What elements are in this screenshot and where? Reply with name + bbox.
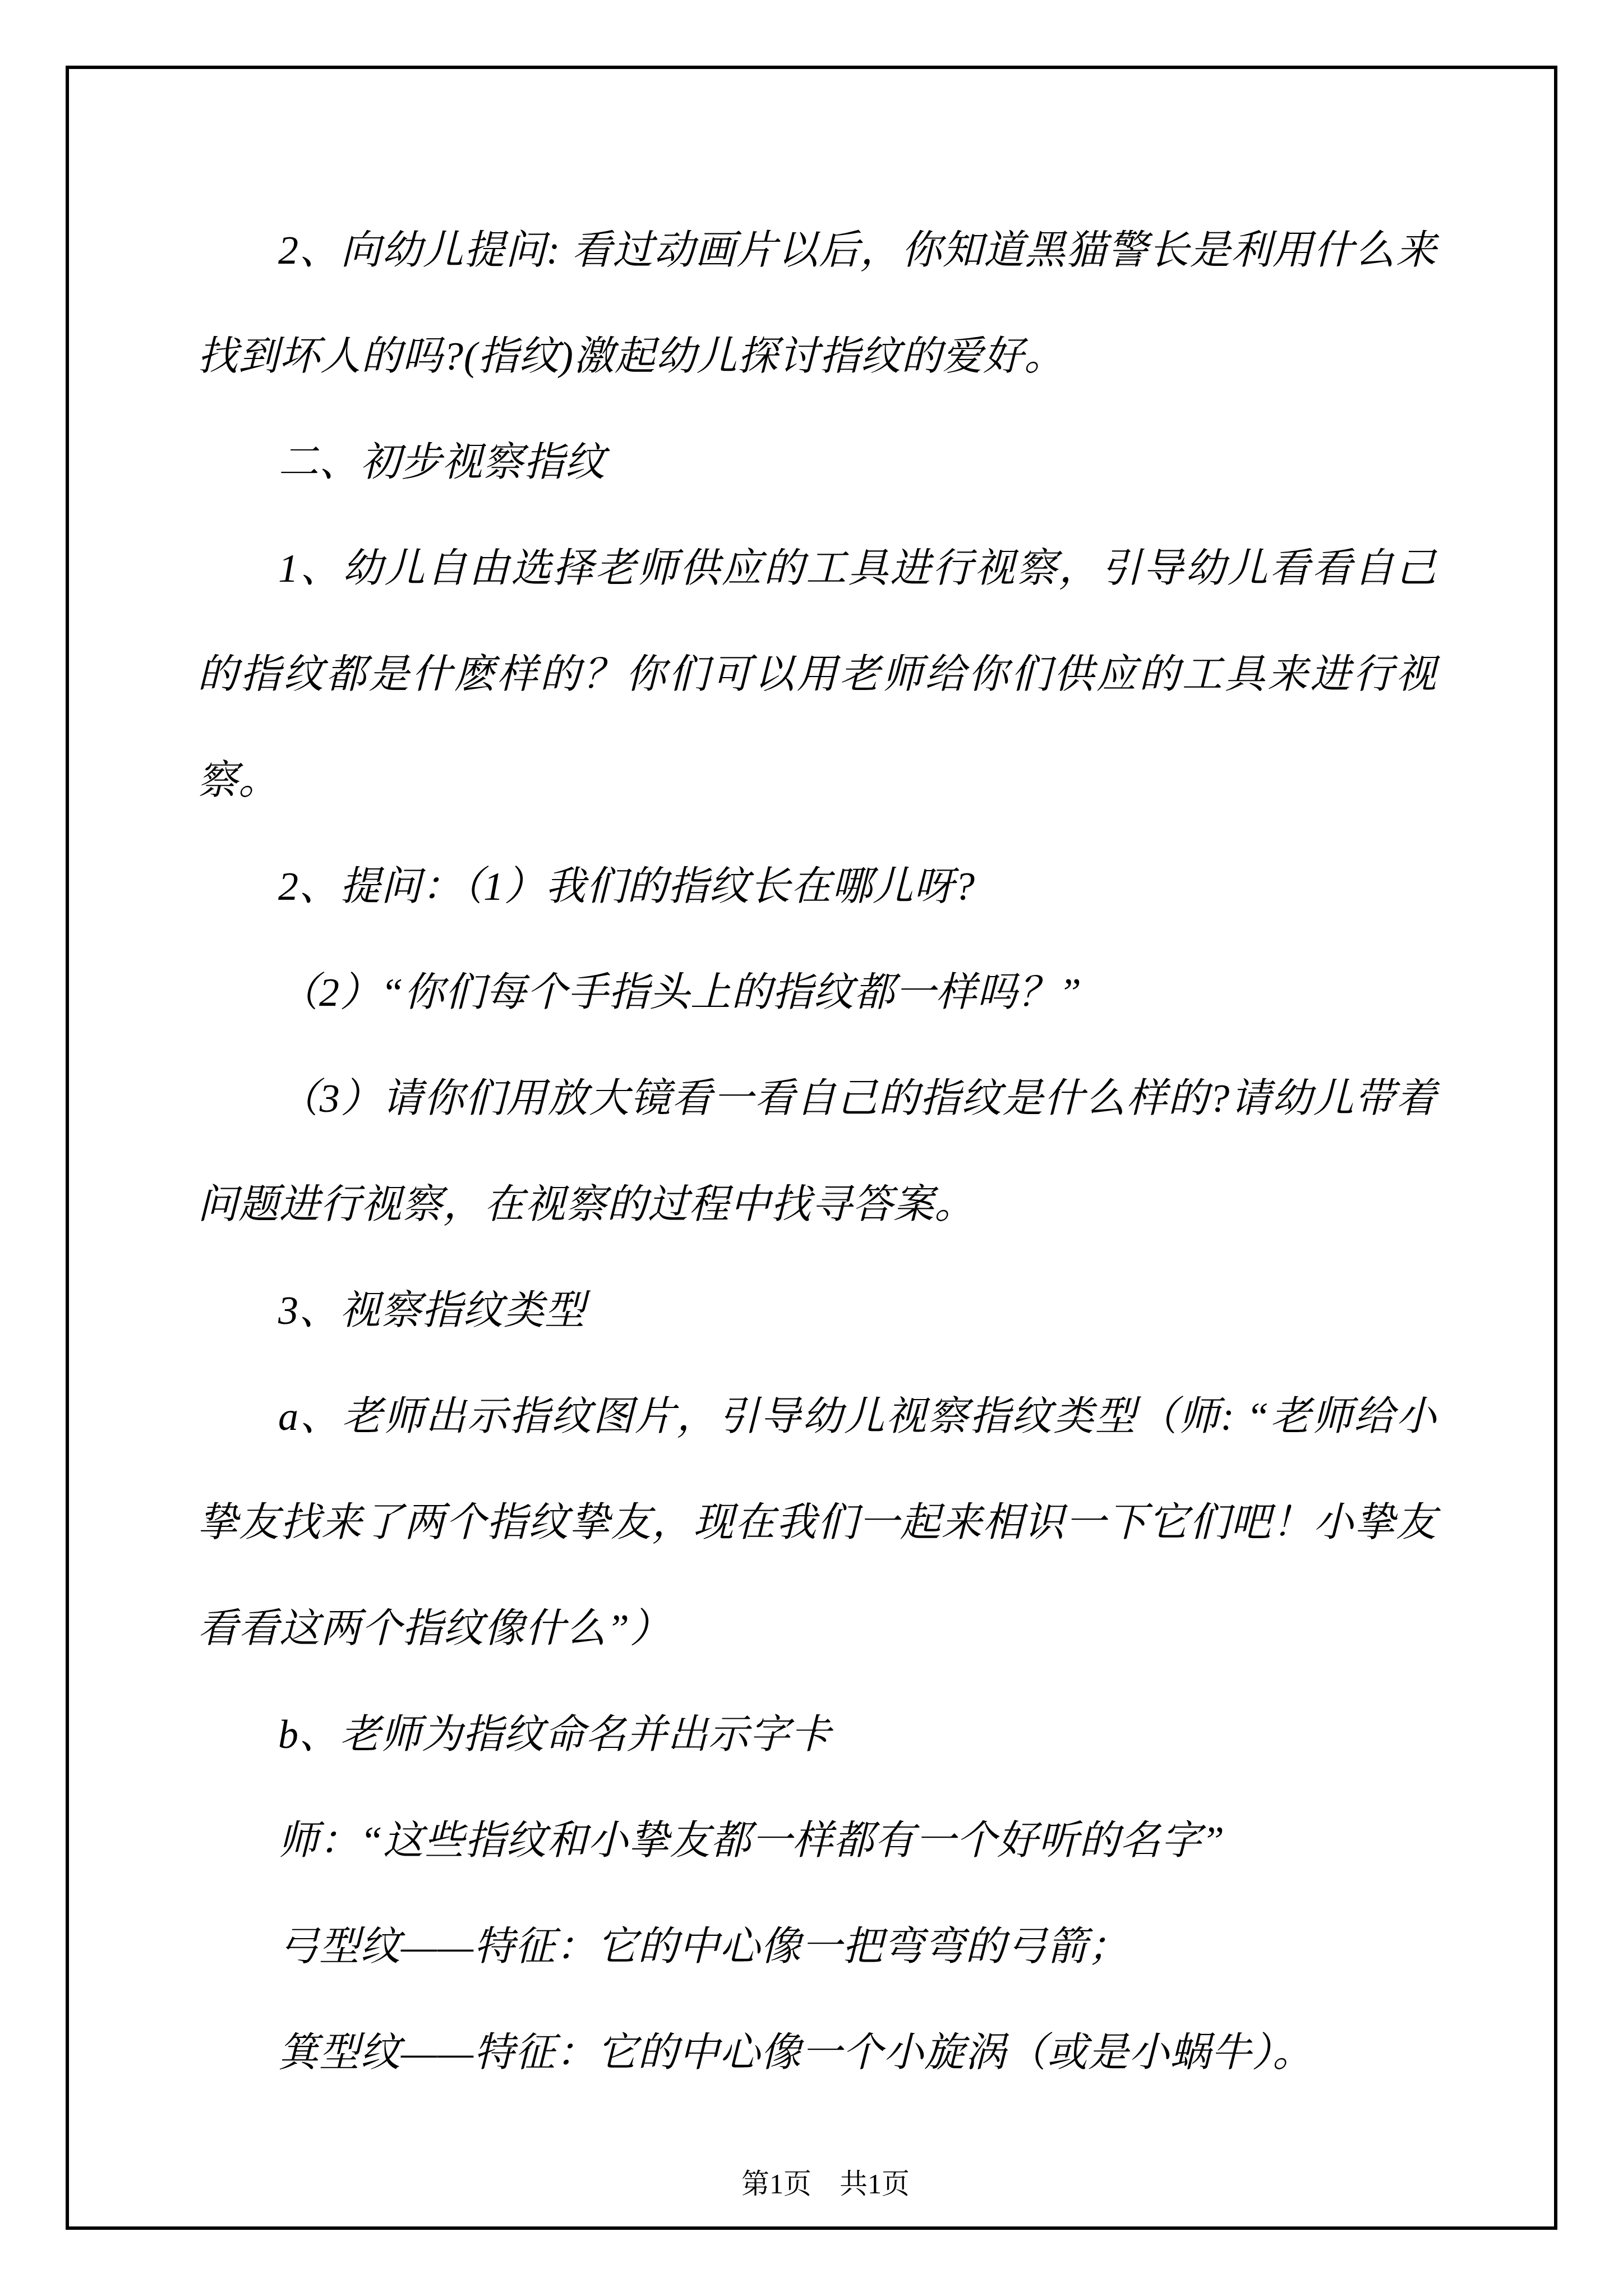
paragraph: 弓型纹——特征：它的中心像一把弯弯的弓箭； xyxy=(197,1894,1437,2000)
paragraph: 3、视察指纹类型 xyxy=(197,1258,1437,1364)
paragraph: （2）“你们每个手指头上的指纹都一样吗？” xyxy=(197,940,1437,1046)
page-footer: 第1页 共1页 xyxy=(66,2129,1557,2234)
document-body: 2、向幼儿提问: 看过动画片以后，你知道黑猫警长是利用什么来找到坏人的吗?(指纹… xyxy=(197,197,1437,2106)
paragraph: 1、幼儿自由选择老师供应的工具进行视察，引导幼儿看看自己的指纹都是什麽样的？你们… xyxy=(197,516,1437,834)
paragraph: 箕型纹——特征：它的中心像一个小旋涡（或是小蜗牛）。 xyxy=(197,2000,1437,2106)
page-number-indicator: 第1页 共1页 xyxy=(741,2168,910,2200)
paragraph: b、老师为指纹命名并出示字卡 xyxy=(197,1682,1437,1788)
paragraph: 2、向幼儿提问: 看过动画片以后，你知道黑猫警长是利用什么来找到坏人的吗?(指纹… xyxy=(197,197,1437,409)
paragraph: 2、提问：（1）我们的指纹长在哪儿呀? xyxy=(197,834,1437,940)
paragraph: 二、初步视察指纹 xyxy=(197,409,1437,516)
paragraph: a、老师出示指纹图片，引导幼儿视察指纹类型（师: “老师给小挚友找来了两个指纹挚… xyxy=(197,1364,1437,1682)
paragraph: 师：“这些指纹和小挚友都一样都有一个好听的名字” xyxy=(197,1788,1437,1894)
paragraph: （3）请你们用放大镜看一看自己的指纹是什么样的?请幼儿带着问题进行视察，在视察的… xyxy=(197,1046,1437,1258)
document-page: 2、向幼儿提问: 看过动画片以后，你知道黑猫警长是利用什么来找到坏人的吗?(指纹… xyxy=(0,0,1623,2296)
